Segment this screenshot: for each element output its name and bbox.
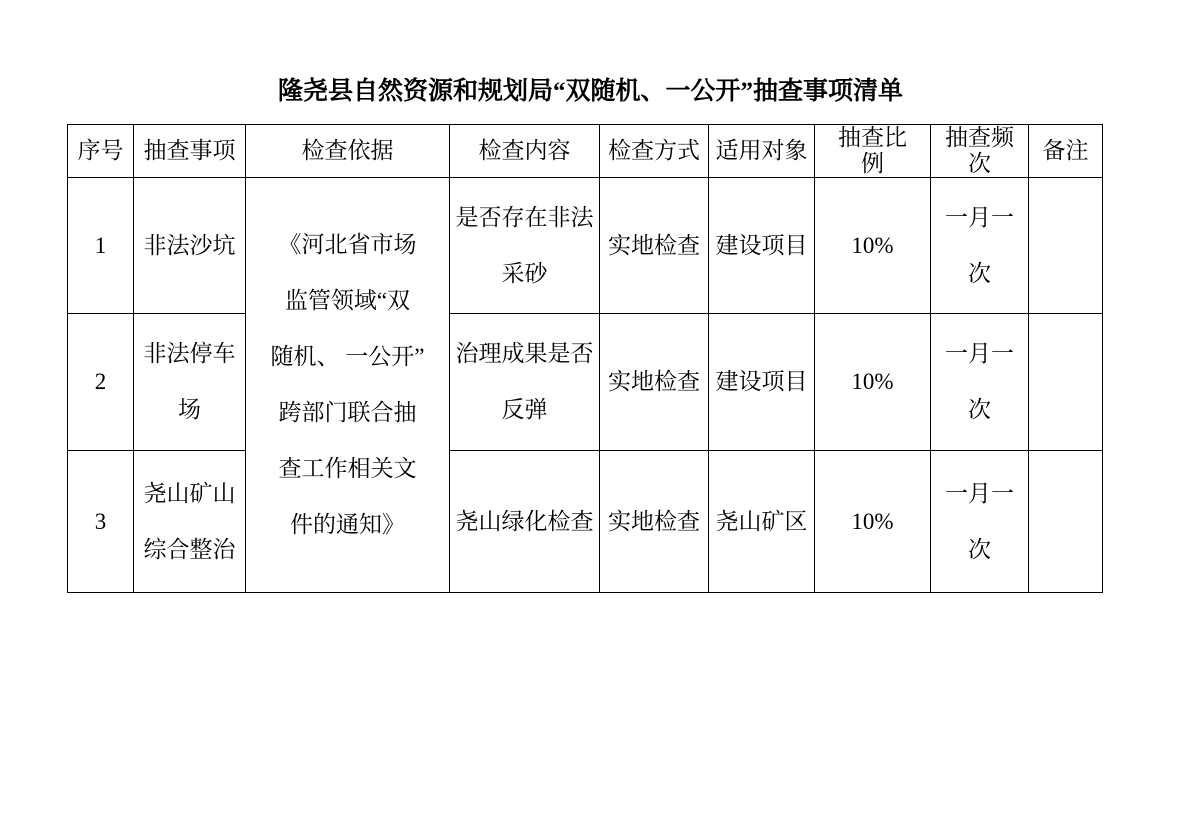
row2-item-cell: 非法停车 场 bbox=[134, 314, 246, 451]
table-row: 2 非法停车 场 治理成果是否 反弹 实地检查 建设项目 10% 一月一次 bbox=[68, 314, 1103, 451]
row1-no-cell: 1 bbox=[68, 178, 134, 314]
row3-frequency-cell: 一月一次 bbox=[931, 451, 1029, 593]
row3-target-cell: 尧山矿区 bbox=[709, 451, 815, 593]
row2-no-cell: 2 bbox=[68, 314, 134, 451]
inspection-items-table: 序号 抽查事项 检查依据 检查内容 检查方式 适用对象 抽查比 例 抽查频次 备… bbox=[67, 124, 1103, 593]
basis-merged-cell: 《河北省市场 监管领域“双 随机、 一公开” 跨部门联合抽 查工作相关文 件的通… bbox=[246, 178, 450, 593]
row3-no-cell: 3 bbox=[68, 451, 134, 593]
header-method: 检查方式 bbox=[600, 125, 709, 178]
row1-content-cell: 是否存在非法 采砂 bbox=[450, 178, 600, 314]
row3-remark-cell bbox=[1029, 451, 1103, 593]
row2-method-cell: 实地检查 bbox=[600, 314, 709, 451]
row2-ratio-cell: 10% bbox=[815, 314, 931, 451]
row2-remark-cell bbox=[1029, 314, 1103, 451]
page-title: 隆尧县自然资源和规划局“双随机、一公开”抽查事项清单 bbox=[0, 71, 1181, 107]
row1-target-cell: 建设项目 bbox=[709, 178, 815, 314]
row1-frequency-cell: 一月一次 bbox=[931, 178, 1029, 314]
row1-remark-cell bbox=[1029, 178, 1103, 314]
header-frequency: 抽查频次 bbox=[931, 125, 1029, 178]
header-item: 抽查事项 bbox=[134, 125, 246, 178]
row3-content-cell: 尧山绿化检查 bbox=[450, 451, 600, 593]
row3-method-cell: 实地检查 bbox=[600, 451, 709, 593]
row3-item-cell: 尧山矿山 综合整治 bbox=[134, 451, 246, 593]
row1-method-cell: 实地检查 bbox=[600, 178, 709, 314]
header-ratio: 抽查比 例 bbox=[815, 125, 931, 178]
table-row: 1 非法沙坑 《河北省市场 监管领域“双 随机、 一公开” 跨部门联合抽 查工作… bbox=[68, 178, 1103, 314]
header-target: 适用对象 bbox=[709, 125, 815, 178]
row2-target-cell: 建设项目 bbox=[709, 314, 815, 451]
table-row: 3 尧山矿山 综合整治 尧山绿化检查 实地检查 尧山矿区 10% 一月一次 bbox=[68, 451, 1103, 593]
table-header-row: 序号 抽查事项 检查依据 检查内容 检查方式 适用对象 抽查比 例 抽查频次 备… bbox=[68, 125, 1103, 178]
row1-ratio-cell: 10% bbox=[815, 178, 931, 314]
header-remark: 备注 bbox=[1029, 125, 1103, 178]
header-no: 序号 bbox=[68, 125, 134, 178]
header-content: 检查内容 bbox=[450, 125, 600, 178]
row2-content-cell: 治理成果是否 反弹 bbox=[450, 314, 600, 451]
row2-frequency-cell: 一月一次 bbox=[931, 314, 1029, 451]
row1-item-cell: 非法沙坑 bbox=[134, 178, 246, 314]
row3-ratio-cell: 10% bbox=[815, 451, 931, 593]
header-basis: 检查依据 bbox=[246, 125, 450, 178]
